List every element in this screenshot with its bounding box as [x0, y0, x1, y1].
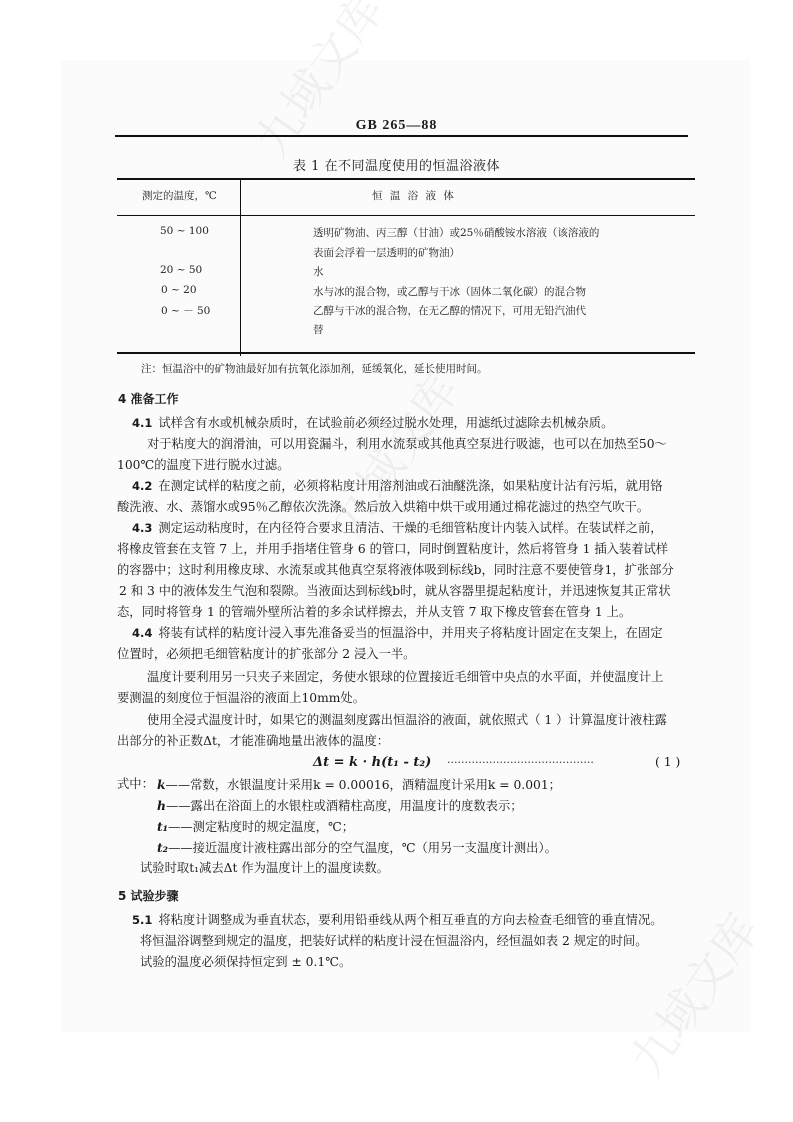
- paragraph-text: 酸洗液、水、蒸馏水或95％乙醇依次洗涤。然后放入烘箱中烘干或用通过棉花滤过的热空…: [117, 497, 649, 518]
- paragraph-text: 使用全浸式温度计时，如果它的测温刻度露出恒温浴的液面，就依照式（ 1 ）计算温度…: [147, 710, 667, 731]
- paragraph-text: 试验的温度必须保持恒定到 ± 0.1℃。: [140, 952, 351, 973]
- formula: Δt = k · h(t₁ - t₂): [313, 752, 431, 773]
- table-header-rule: [117, 215, 695, 216]
- paragraph-4-2: 4.2在测定试样的粘度之前，必须将粘度计用溶剂油或石油醚洗涤，如果粘度计沾有污垢…: [132, 476, 663, 497]
- clause-number: 4.2: [132, 479, 152, 493]
- variable-symbol: k: [157, 777, 166, 792]
- paragraph-text: 对于粘度大的润滑油，可以用瓷漏斗，利用水流泵或其他真空泵进行吸滤，也可以在加热至…: [147, 434, 667, 455]
- paragraph-text: 2 和 3 中的液体发生气泡和裂隙。当液面达到标线b时，就从容器里提起粘度计，并…: [119, 581, 671, 602]
- paragraph-text: 位置时，必须把毛细管粘度计的扩张部分 2 浸入一半。: [117, 644, 415, 665]
- variable-definition: t₁——测定粘度时的规定温度，℃；: [157, 816, 354, 838]
- paragraph-text: 出部分的补正数Δt，才能准确地量出液体的温度：: [117, 731, 389, 752]
- table-note: 注：恒温浴中的矿物油最好加有抗氧化添加剂，延缓氧化，延长使用时间。: [141, 361, 488, 376]
- formula-number: ( 1 ): [655, 752, 680, 773]
- table-row-temp: 20 ~ 50: [160, 264, 202, 276]
- paragraph-text: 温度计要利用另一只夹子来固定，务使水银球的位置接近毛细管中央点的水平面，并使温度…: [147, 667, 663, 688]
- paragraph-text: 态，同时将管身 1 的管端外壁所沾着的多余试样擦去，并从支管 7 取下橡皮管套在…: [117, 602, 631, 623]
- clause-number: 4.3: [132, 521, 152, 535]
- column-header-bath-liquid: 恒 温 浴 液 体: [372, 188, 456, 203]
- clause-number: 5.1: [132, 913, 152, 927]
- paragraph-text: 的容器中；这时利用橡皮球、水流泵或其他真空泵将液体吸到标线b，同时注意不要使管身…: [117, 560, 674, 581]
- table-column-divider: [240, 178, 241, 356]
- paragraph-5-1: 5.1将粘度计调整成为垂直状态，要利用铅垂线从两个相互垂直的方向去检查毛细管的垂…: [132, 910, 663, 931]
- section-heading-5: 5 试验步骤: [118, 887, 179, 904]
- table-row-liquid: 水与冰的混合物，或乙醇与干冰（固体二氧化碳）的混合物: [313, 284, 586, 299]
- table-bottom-rule: [117, 352, 695, 354]
- formula-leader-dots: ········································…: [447, 752, 594, 773]
- table-row-liquid: 透明矿物油、丙三醇（甘油）或25％硝酸铵水溶液（该溶液的: [313, 225, 599, 240]
- table-top-rule: [117, 178, 695, 180]
- clause-number: 4.1: [132, 416, 152, 430]
- variable-symbol: t₂: [157, 840, 168, 855]
- clause-number: 4.4: [132, 626, 152, 640]
- paragraph-4-1: 4.1试样含有水或机械杂质时，在试验前必须经过脱水处理，用滤纸过滤除去机械杂质。: [132, 413, 613, 434]
- paragraph-4-4: 4.4将装有试样的粘度计浸入事先准备妥当的恒温浴中，并用夹子将粘度计固定在支架上…: [132, 623, 663, 644]
- where-label: 式中：: [117, 774, 154, 795]
- section-heading-4: 4 准备工作: [118, 390, 179, 407]
- paragraph-text: 要测温的刻度位于恒温浴的液面上10mm处。: [117, 688, 365, 709]
- variable-definition: t₂——接近温度计液柱露出部分的空气温度，℃（用另一支温度计测出）。: [157, 837, 557, 859]
- table-row-liquid: 水: [313, 264, 324, 279]
- table-row-liquid: 乙醇与干冰的混合物，在无乙醇的情况下，可用无铅汽油代: [313, 303, 586, 318]
- variable-definition: h——露出在浴面上的水银柱或酒精柱高度，用温度计的度数表示；: [157, 795, 523, 817]
- table-row-temp: 50 ~ 100: [160, 225, 209, 237]
- paragraph-text: 将恒温浴调整到规定的温度，把装好试样的粘度计浸在恒温浴内，经恒温如表 2 规定的…: [140, 931, 648, 952]
- variable-definition: k——常数，水银温度计采用k = 0.00016，酒精温度计采用k = 0.00…: [157, 774, 561, 796]
- standard-code-header: GB 265—88: [0, 118, 793, 134]
- variable-symbol: t₁: [157, 819, 168, 834]
- column-header-temperature: 测定的温度，℃: [142, 188, 217, 203]
- header-rule: [115, 135, 688, 137]
- table-row-liquid: 替: [313, 322, 324, 337]
- table-caption: 表 1 在不同温度使用的恒温浴液体: [0, 155, 793, 174]
- table-row-temp: 0 ~ － 50: [161, 303, 210, 318]
- variable-symbol: h: [157, 798, 166, 813]
- table-row-temp: 0 ~ 20: [161, 284, 197, 296]
- paragraph-text: 将橡皮管套在支管 7 上，并用手指堵住管身 6 的管口，同时倒置粘度计，然后将管…: [117, 539, 668, 560]
- paragraph-4-3: 4.3测定运动粘度时，在内径符合要求且清洁、干燥的毛细管粘度计内装入试样。在装试…: [132, 518, 663, 539]
- paragraph-text: 100℃的温度下进行脱水过滤。: [117, 455, 290, 476]
- table-row-liquid: 表面会浮着一层透明的矿物油）: [313, 245, 460, 260]
- paragraph-text: 试验时取t₁减去Δt 作为温度计上的温度读数。: [140, 858, 389, 879]
